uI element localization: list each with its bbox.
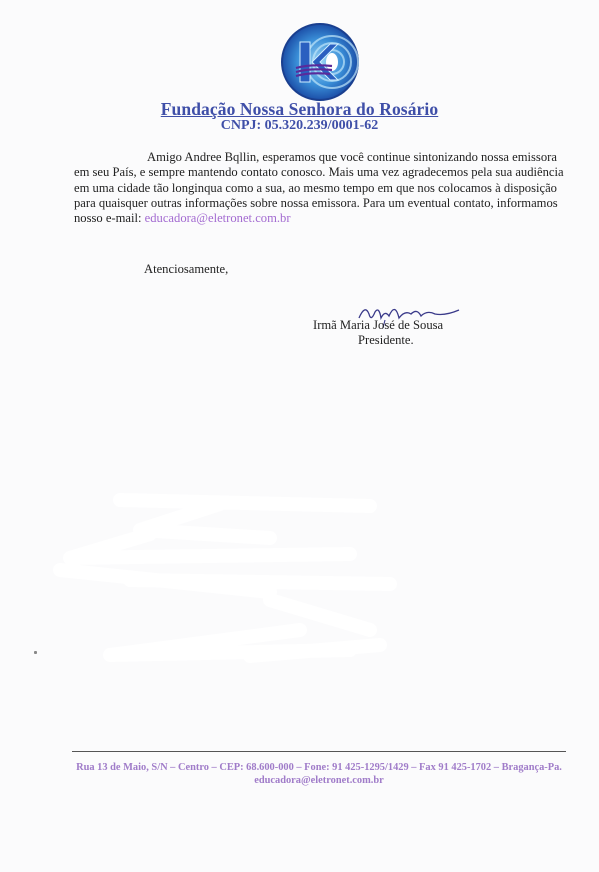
organization-name: Fundação Nossa Senhora do Rosário [0, 99, 599, 120]
footer-email[interactable]: educadora@eletronet.com.br [0, 775, 599, 786]
signer-name: Irmã Maria José de Sousa [313, 318, 443, 333]
footer-divider [72, 751, 566, 752]
letter-line: para quaisquer outras informações sobre … [74, 196, 564, 211]
scan-speck [34, 651, 37, 654]
footer-address: Rua 13 de Maio, S/N – Centro – CEP: 68.6… [0, 762, 599, 773]
letter-body: Amigo Andree Bqllin, esperamos que você … [74, 150, 564, 226]
radio-station-emblem-icon [280, 22, 360, 102]
closing: Atenciosamente, [144, 262, 228, 277]
email-prefix: nosso e-mail: [74, 211, 145, 225]
letter-line: em uma cidade tão longinqua como a sua, … [74, 181, 564, 196]
letter-line: Amigo Andree Bqllin, esperamos que você … [74, 150, 564, 165]
letter-line: em seu País, e sempre mantendo contato c… [74, 165, 564, 180]
email-link[interactable]: educadora@eletronet.com.br [145, 211, 291, 225]
signer-title: Presidente. [358, 333, 414, 348]
cnpj-number: CNPJ: 05.320.239/0001-62 [0, 118, 599, 134]
redaction-scribble [50, 480, 599, 720]
letter-line-email: nosso e-mail: educadora@eletronet.com.br [74, 211, 564, 226]
